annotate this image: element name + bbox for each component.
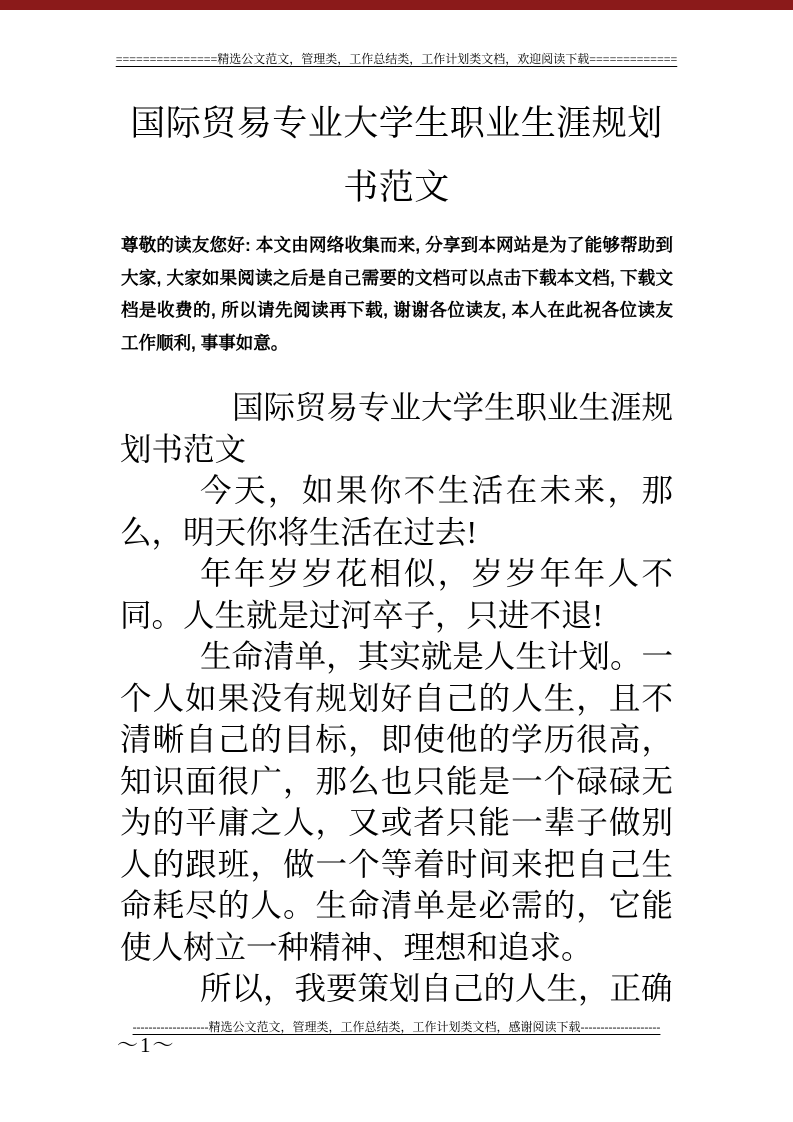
body-paragraph: 年年岁岁花相似，岁岁年年人不同。人生就是过河卒子，只进不退! — [120, 553, 673, 636]
body-paragraph: 所以，我要策划自己的人生，正确 — [120, 968, 673, 1010]
body-paragraph: 生命清单，其实就是人生计划。一个人如果没有规划好自己的人生，且不清晰自己的目标，… — [120, 636, 673, 968]
header-banner-text: ===============精选公文范文，管理类，工作总结类，工作计划类文档，… — [116, 52, 678, 66]
body-paragraph: 国际贸易专业大学生职业生涯规划书范文 — [120, 387, 673, 470]
document-body: 国际贸易专业大学生职业生涯规划书范文 今天，如果你不生活在未来，那么，明天你将生… — [120, 387, 673, 1010]
body-paragraph: 今天，如果你不生活在未来，那么，明天你将生活在过去! — [120, 470, 673, 553]
page-number: ～1～ — [117, 1032, 176, 1058]
footer-banner-text: -------------------精选公文范文，管理类，工作总结类，工作计划… — [133, 1020, 661, 1034]
reader-notice-paragraph: 尊敬的读友您好: 本文由网络收集而来, 分享到本网站是为了能够帮助到大家, 大家… — [121, 229, 673, 359]
document-title: 国际贸易专业大学生职业生涯规划书范文 — [120, 92, 673, 220]
top-red-bar — [0, 0, 793, 10]
page-header-banner: ===============精选公文范文，管理类，工作总结类，工作计划类文档，… — [0, 50, 793, 68]
